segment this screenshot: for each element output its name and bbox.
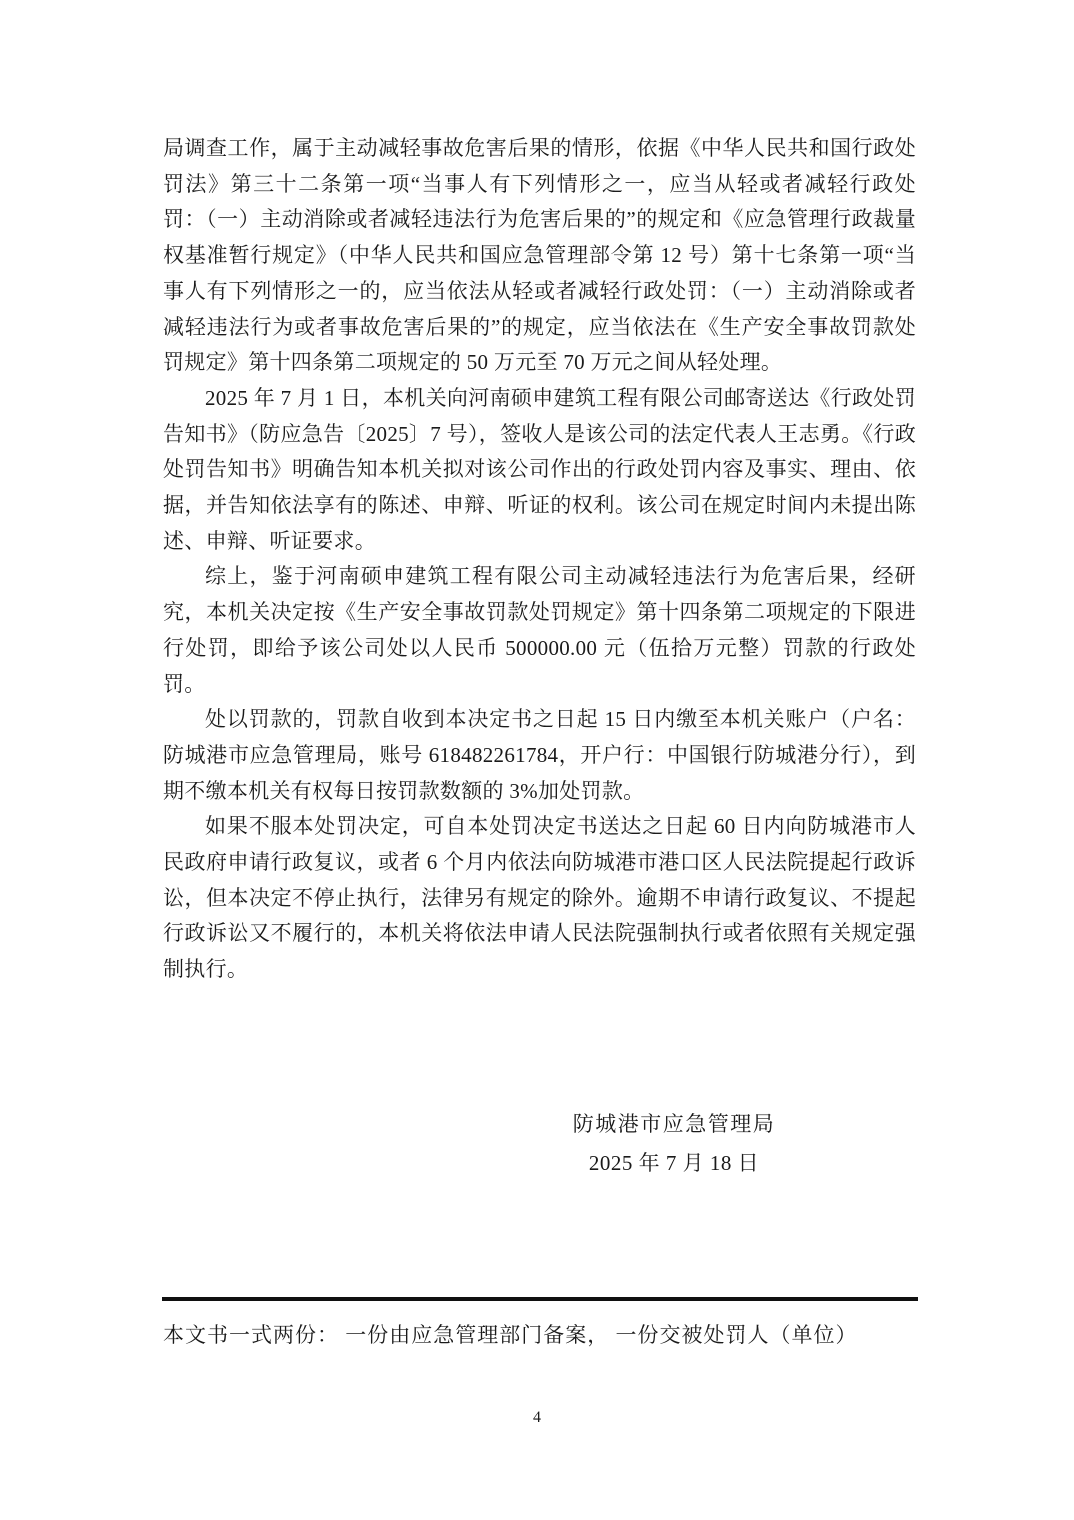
issue-date: 2025 年 7 月 18 日 bbox=[434, 1149, 914, 1177]
document-body: 局调查工作，属于主动减轻事故危害后果的情形，依据《中华人民共和国行政处罚法》第三… bbox=[163, 131, 916, 988]
body-paragraph-notification: 2025 年 7 月 1 日，本机关向河南硕申建筑工程有限公司邮寄送达《行政处罚… bbox=[163, 381, 916, 560]
body-paragraph-continuation: 局调查工作，属于主动减轻事故危害后果的情形，依据《中华人民共和国行政处罚法》第三… bbox=[163, 131, 916, 381]
document-page: 局调查工作，属于主动减轻事故危害后果的情形，依据《中华人民共和国行政处罚法》第三… bbox=[0, 0, 1074, 1520]
signature-block: 防城港市应急管理局 2025 年 7 月 18 日 bbox=[434, 1110, 914, 1177]
body-paragraph-appeal-rights: 如果不服本处罚决定，可自本处罚决定书送达之日起 60 日内向防城港市人民政府申请… bbox=[163, 809, 916, 988]
page-number: 4 bbox=[0, 1408, 1074, 1428]
issuer-name: 防城港市应急管理局 bbox=[434, 1110, 914, 1138]
footer-note: 本文书一式两份： 一份由应急管理部门备案， 一份交被处罚人（单位） bbox=[163, 1320, 923, 1350]
body-paragraph-payment: 处以罚款的，罚款自收到本决定书之日起 15 日内缴至本机关账户（户名：防城港市应… bbox=[163, 702, 916, 809]
body-paragraph-decision: 综上，鉴于河南硕申建筑工程有限公司主动减轻违法行为危害后果，经研究，本机关决定按… bbox=[163, 559, 916, 702]
footer-divider bbox=[162, 1297, 918, 1301]
